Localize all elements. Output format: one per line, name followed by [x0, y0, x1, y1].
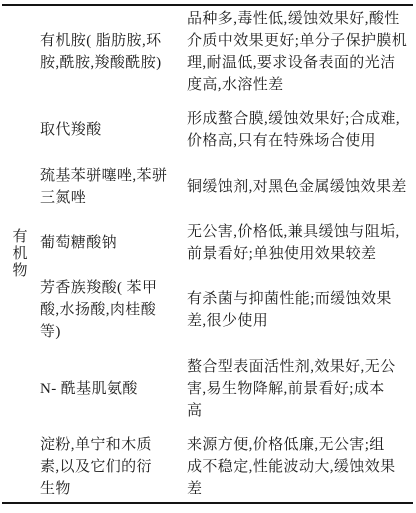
- table-top-rule: [2, 4, 413, 6]
- inhibitor-table: 有 机 物 有机胺( 脂肪胺,环 胺,酰胺,羧酸酰胺) 品种多,毒性低,缓蚀效果…: [2, 8, 411, 500]
- description-cell: 螯合型表面活性剂,效果好,无公 害,易生物降解,前景看好;成本 高: [187, 356, 411, 422]
- table-rows: 有机胺( 脂肪胺,环 胺,酰胺,羧酸酰胺) 品种多,毒性低,缓蚀效果好,酸性 介…: [38, 8, 411, 500]
- table-row: 巯基苯骈噻唑,苯骈 三氮唑 铜缓蚀剂,对黑色金属缓蚀效果差: [38, 165, 411, 209]
- description-cell: 形成螯合膜,缓蚀效果好;合成难, 价格高,只有在特殊场合使用: [187, 108, 411, 152]
- table-row: 芳香族羧酸( 苯甲 酸,水扬酸,肉桂酸 等) 有杀菌与抑菌性能;而缓蚀效果 差,…: [38, 277, 411, 343]
- description-cell: 有杀菌与抑菌性能;而缓蚀效果 差,很少使用: [187, 288, 411, 332]
- description-cell: 品种多,毒性低,缓蚀效果好,酸性 介质中效果更好;单分子保护膜机 理,耐温低,要…: [187, 8, 411, 96]
- category-cell: 有机胺( 脂肪胺,环 胺,酰胺,羧酸酰胺): [38, 30, 187, 74]
- description-cell: 铜缓蚀剂,对黑色金属缓蚀效果差: [187, 176, 411, 198]
- table-row: 有机胺( 脂肪胺,环 胺,酰胺,羧酸酰胺) 品种多,毒性低,缓蚀效果好,酸性 介…: [38, 8, 411, 96]
- table-row: 取代羧酸 形成螯合膜,缓蚀效果好;合成难, 价格高,只有在特殊场合使用: [38, 108, 411, 152]
- paper-table-page: 有 机 物 有机胺( 脂肪胺,环 胺,酰胺,羧酸酰胺) 品种多,毒性低,缓蚀效果…: [0, 0, 416, 513]
- category-cell: 芳香族羧酸( 苯甲 酸,水扬酸,肉桂酸 等): [38, 277, 187, 343]
- description-cell: 无公害,价格低,兼具缓蚀与阻垢, 前景看好;单独使用效果较差: [187, 221, 411, 265]
- table-row: 葡萄糖酸钠 无公害,价格低,兼具缓蚀与阻垢, 前景看好;单独使用效果较差: [38, 221, 411, 265]
- group-label-column: 有 机 物: [2, 8, 38, 500]
- description-cell: 来源方便,价格低廉,无公害;组 成不稳定,性能波动大,缓蚀效果 差: [187, 434, 411, 500]
- category-cell: 葡萄糖酸钠: [38, 232, 187, 254]
- table-bottom-rule: [2, 502, 413, 504]
- category-cell: N- 酰基肌氨酸: [38, 378, 187, 400]
- group-label-organic: 有 机 物: [12, 229, 27, 280]
- category-cell: 取代羧酸: [38, 119, 187, 141]
- category-cell: 淀粉,单宁和木质 素,以及它们的衍 生物: [38, 434, 187, 500]
- table-row: N- 酰基肌氨酸 螯合型表面活性剂,效果好,无公 害,易生物降解,前景看好;成本…: [38, 356, 411, 422]
- table-row: 淀粉,单宁和木质 素,以及它们的衍 生物 来源方便,价格低廉,无公害;组 成不稳…: [38, 434, 411, 500]
- category-cell: 巯基苯骈噻唑,苯骈 三氮唑: [38, 165, 187, 209]
